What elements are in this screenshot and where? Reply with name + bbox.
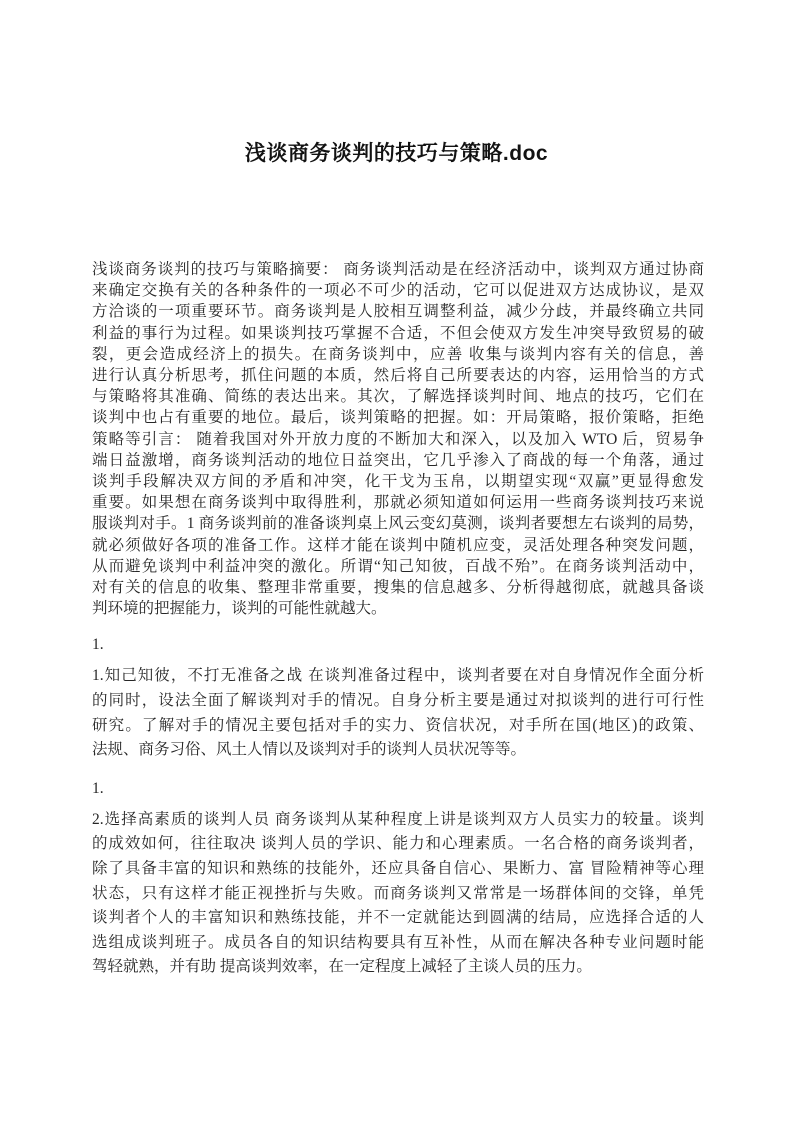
text-line: 与策略将其准确、简练的表达出来。其次，了解选择谈判时间、地点的技巧，它们在 xyxy=(92,386,704,407)
text-line: 研究。了解对手的情况主要包括对手的实力、资信状况，对手所在国(地区)的政策、 xyxy=(92,714,704,739)
text-line: 的成效如何，往往取决 谈判人员的学识、能力和心理素质。一名合格的商务谈判者， xyxy=(92,832,704,857)
text-line: 法规、商务习俗、风土人情以及谈判对手的谈判人员状况等等。 xyxy=(92,738,704,763)
text-line: 的同时，设法全面了解谈判对手的情况。自身分析主要是通过对拟谈判的进行可行性 xyxy=(92,689,704,714)
text-line: 方洽谈的一项重要环节。商务谈判是人胶相互调整利益，减少分歧，并最终确立共同 xyxy=(92,301,704,322)
text-line: 裂，更会造成经济上的损失。在商务谈判中，应善 收集与谈判内容有关的信息，善 xyxy=(92,344,704,365)
text-line: 1. xyxy=(92,776,704,801)
text-line: 利益的事行为过程。如果谈判技巧掌握不合适，不但会使双方发生冲突导致贸易的破 xyxy=(92,323,704,344)
text-line: 2.选择高素质的谈判人员 商务谈判从某种程度上讲是谈判双方人员实力的较量。谈判 xyxy=(92,808,704,833)
document-title: 浅谈商务谈判的技巧与策略.doc xyxy=(0,137,793,167)
text-line: 选组成谈判班子。成员各自的知识结构要具有互补性，从而在解决各种专业问题时能 xyxy=(92,931,704,956)
text-line: 对有关的信息的收集、整理非常重要，搜集的信息越多、分析得越彻底，就越具备谈 xyxy=(92,577,704,598)
text-line: 进行认真分析思考，抓住问题的本质，然后将自己所要表达的内容，运用恰当的方式 xyxy=(92,365,704,386)
text-line: 谈判手段解决双方间的矛盾和冲突，化干戈为玉帛，以期望实现“双赢”更显得愈发 xyxy=(92,471,704,492)
text-line: 从而避免谈判中利益冲突的激化。所谓“知己知彼，百战不殆”。在商务谈判活动中， xyxy=(92,556,704,577)
text-line: 1. xyxy=(92,632,704,657)
text-line: 重要。如果想在商务谈判中取得胜利，那就必须知道如何运用一些商务谈判技巧来说 xyxy=(92,492,704,513)
text-line: 服谈判对手。1 商务谈判前的准备谈判桌上风云变幻莫测，谈判者要想左右谈判的局势， xyxy=(92,513,704,534)
text-line: 除了具备丰富的知识和熟练的技能外，还应具备自信心、果断力、富 冒险精神等心理 xyxy=(92,857,704,882)
text-line: 谈判者个人的丰富知识和熟练技能，并不一定就能达到圆满的结局，应选择合适的人 xyxy=(92,906,704,931)
text-line: 策略等引言： 随着我国对外开放力度的不断加大和深入，以及加入 WTO 后，贸易争 xyxy=(92,429,704,450)
paragraph: 2.选择高素质的谈判人员 商务谈判从某种程度上讲是谈判双方人员实力的较量。谈判的… xyxy=(92,808,704,980)
text-line: 就必须做好各项的准备工作。这样才能在谈判中随机应变，灵活处理各种突发问题， xyxy=(92,535,704,556)
paragraph: 浅谈商务谈判的技巧与策略摘要： 商务谈判活动是在经济活动中，谈判双方通过协商来确… xyxy=(92,259,704,619)
text-line: 浅谈商务谈判的技巧与策略摘要： 商务谈判活动是在经济活动中，谈判双方通过协商 xyxy=(92,259,704,280)
text-line: 来确定交换有关的各种条件的一项必不可少的活动，它可以促进双方达成协议，是双 xyxy=(92,280,704,301)
text-line: 端日益激增，商务谈判活动的地位日益突出，它几乎渗入了商战的每一个角落，通过 xyxy=(92,450,704,471)
document-body: 浅谈商务谈判的技巧与策略摘要： 商务谈判活动是在经济活动中，谈判双方通过协商来确… xyxy=(92,259,704,980)
text-line: 判环境的把握能力，谈判的可能性就越大。 xyxy=(92,598,704,619)
text-line: 1.知己知彼，不打无准备之战 在谈判准备过程中，谈判者要在对自身情况作全面分析 xyxy=(92,664,704,689)
text-line: 状态，只有这样才能正视挫折与失败。而商务谈判又常常是一场群体间的交锋，单凭 xyxy=(92,882,704,907)
list-marker: 1. xyxy=(92,632,704,657)
text-line: 驾轻就熟，并有助 提高谈判效率，在一定程度上减轻了主谈人员的压力。 xyxy=(92,955,704,980)
list-marker: 1. xyxy=(92,776,704,801)
document-page: 浅谈商务谈判的技巧与策略.doc 浅谈商务谈判的技巧与策略摘要： 商务谈判活动是… xyxy=(0,0,793,1122)
text-line: 谈判中也占有重要的地位。最后，谈判策略的把握。如：开局策略，报价策略，拒绝 xyxy=(92,407,704,428)
paragraph: 1.知己知彼，不打无准备之战 在谈判准备过程中，谈判者要在对自身情况作全面分析的… xyxy=(92,664,704,762)
